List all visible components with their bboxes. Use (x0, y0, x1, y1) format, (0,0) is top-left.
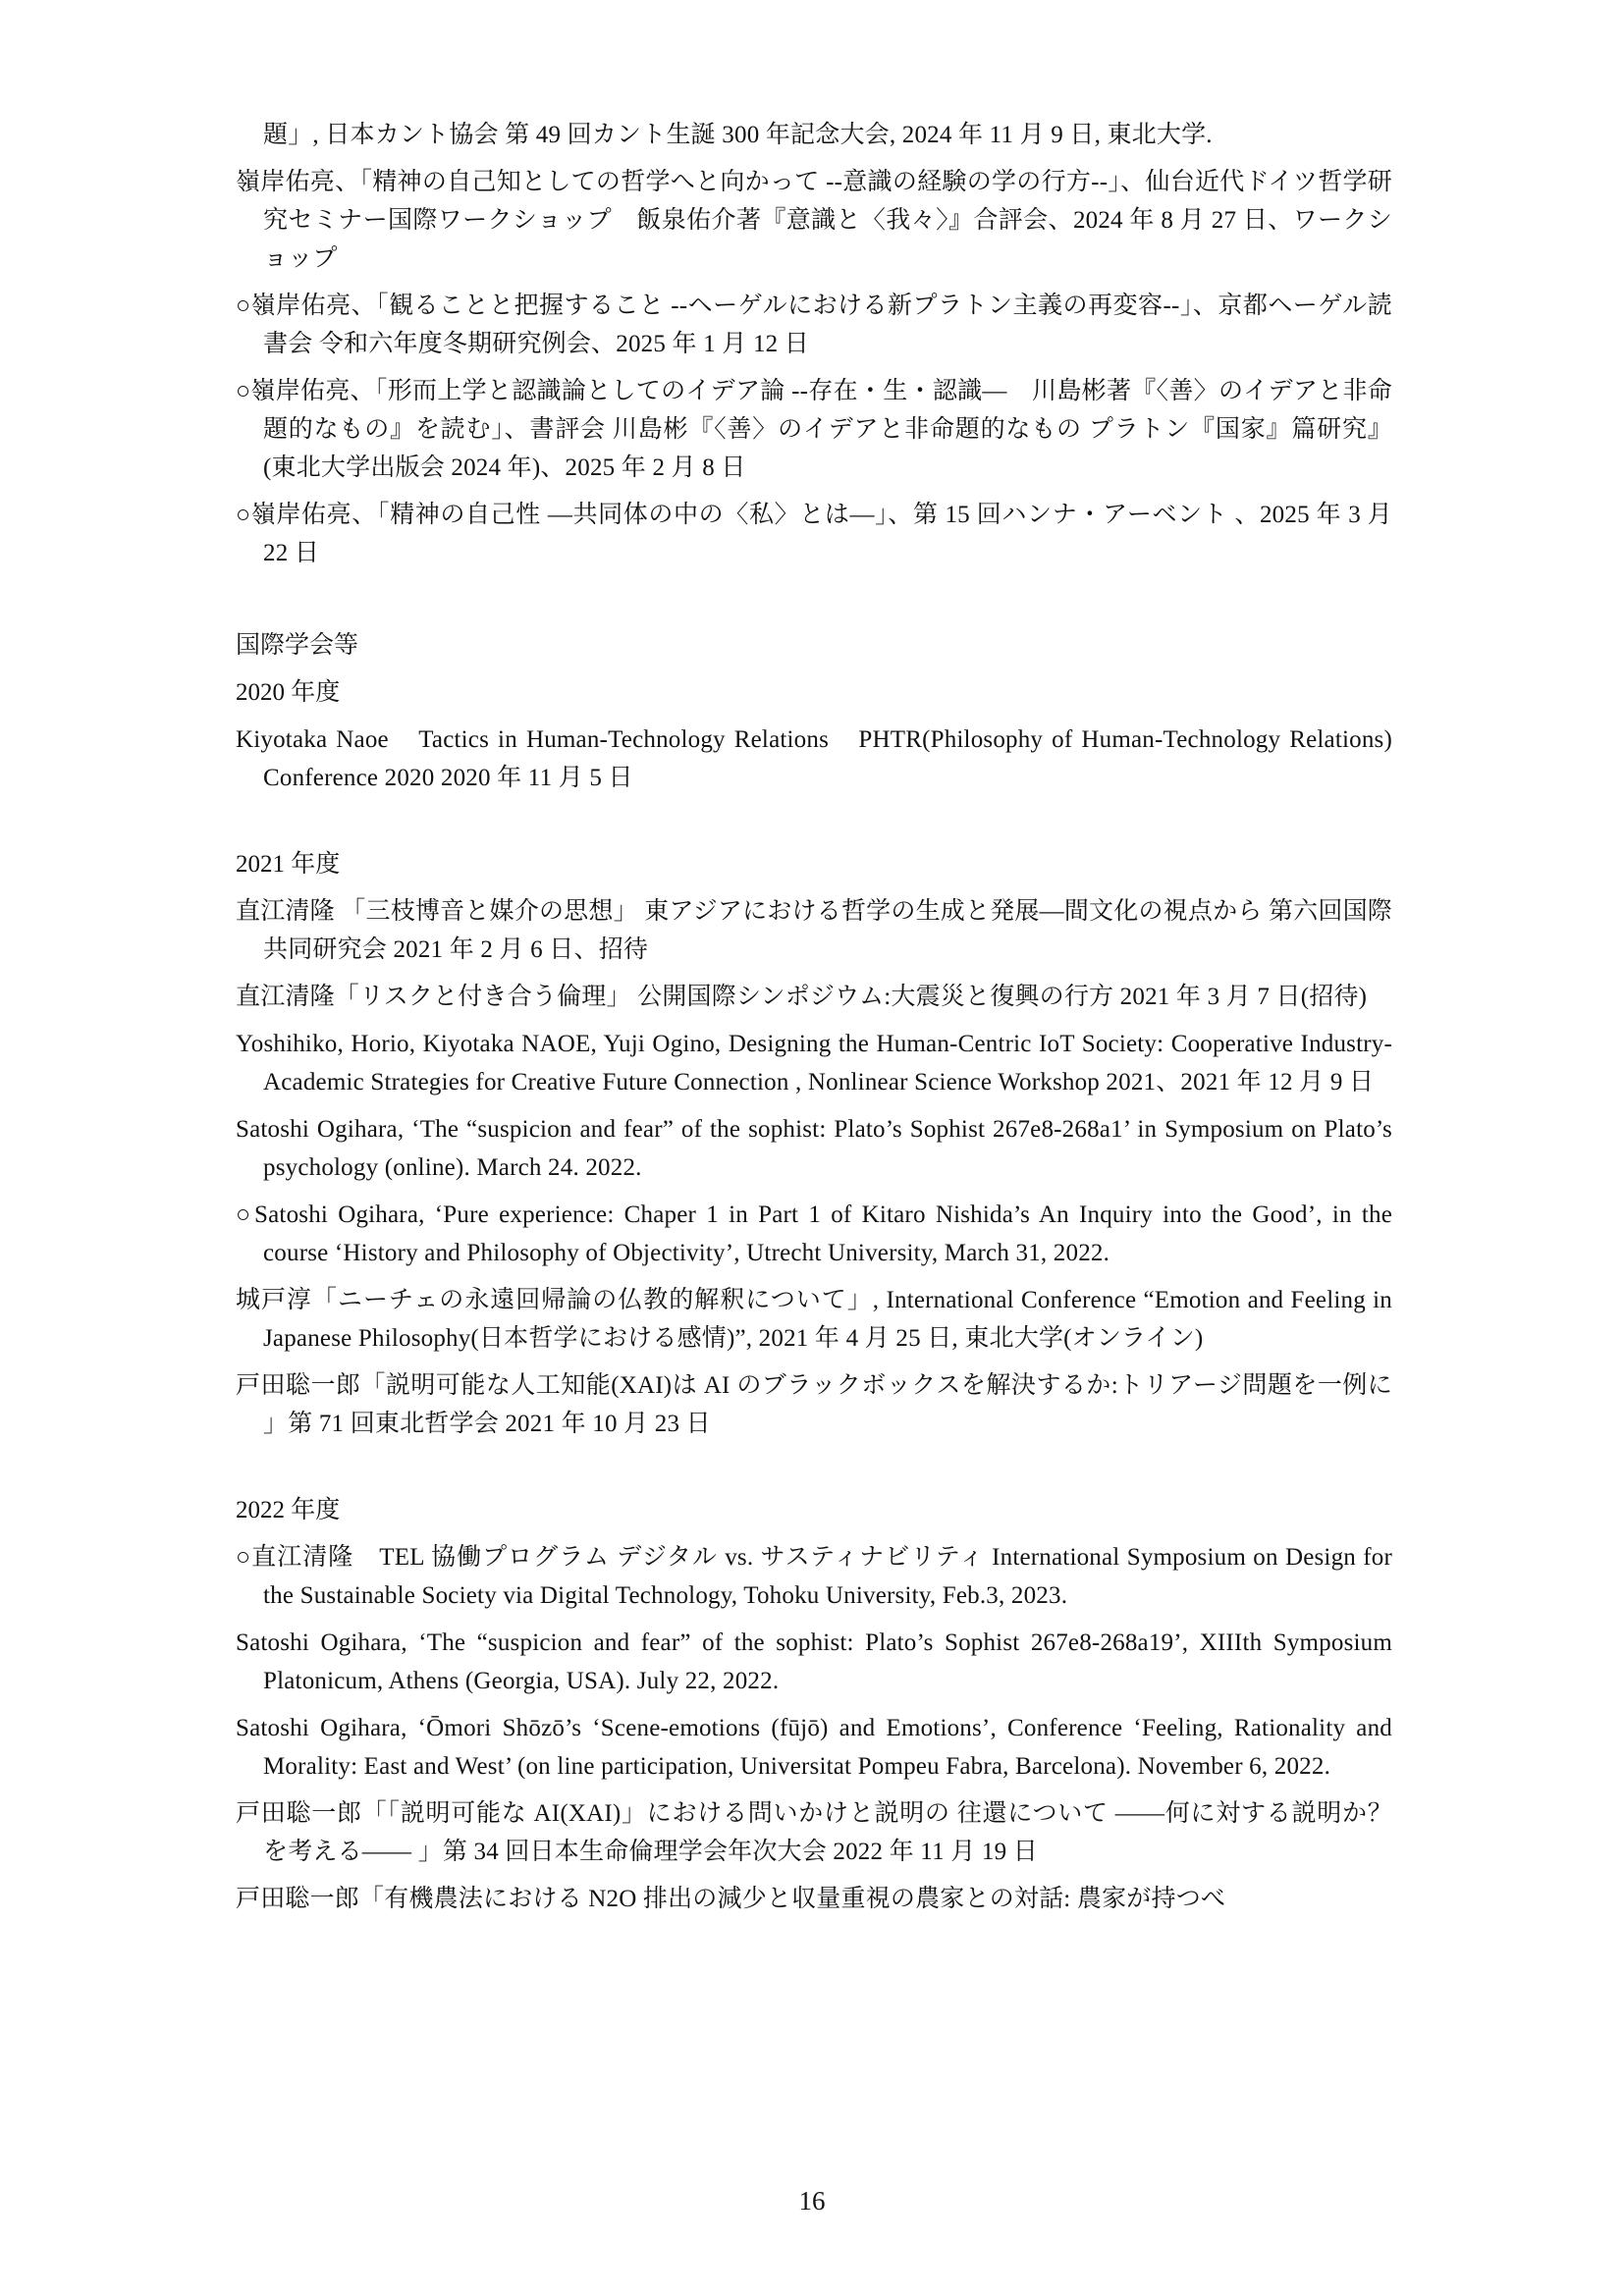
presentation-entry: 嶺岸佑亮、「精神の自己知としての哲学へと向かって --意識の経験の学の行方--」… (236, 163, 1392, 278)
presentation-entry: Yoshihiko, Horio, Kiyotaka NAOE, Yuji Og… (236, 1025, 1392, 1101)
presentation-entry: ○直江清隆 TEL 協働プログラム デジタル vs. サスティナビリティ Int… (236, 1538, 1392, 1615)
section-heading-international: 国際学会等 (236, 626, 1392, 665)
presentation-entry: 城戸淳「ニーチェの永遠回帰論の仏教的解釈について」, International… (236, 1281, 1392, 1358)
presentation-entry: ○嶺岸佑亮、「形而上学と認識論としてのイデア論 --存在・生・認識― 川島彬著『… (236, 372, 1392, 487)
presentation-entry: Satoshi Ogihara, ‘Ōmori Shōzō’s ‘Scene-e… (236, 1709, 1392, 1786)
presentation-entry: 戸田聡一郎「「説明可能な AI(XAI)」における問いかけと説明の 往還について… (236, 1794, 1392, 1871)
presentation-entry: 直江清隆「リスクと付き合う倫理」 公開国際シンポジウム:大震災と復興の行方 20… (236, 978, 1392, 1016)
section-spacer (236, 1452, 1392, 1491)
text-column: 題」, 日本カント協会 第 49 回カント生誕 300 年記念大会, 2024 … (236, 116, 1392, 1927)
page-number: 16 (0, 2185, 1624, 2216)
year-heading-2022: 2022 年度 (236, 1491, 1392, 1529)
presentation-entry: ○嶺岸佑亮、「観ることと把握すること --ヘーゲルにおける新プラトン主義の再変容… (236, 287, 1392, 363)
section-spacer (236, 806, 1392, 845)
presentation-entry: 直江清隆 「三枝博音と媒介の思想」 東アジアにおける哲学の生成と発展―間文化の視… (236, 892, 1392, 969)
presentation-entry: Satoshi Ogihara, ‘The “suspicion and fea… (236, 1110, 1392, 1187)
section-spacer (236, 581, 1392, 626)
presentation-entry: 戸田聡一郎「有機農法における N2O 排出の減少と収量重視の農家との対話: 農家… (236, 1880, 1392, 1918)
presentation-entry: Satoshi Ogihara, ‘The “suspicion and fea… (236, 1624, 1392, 1700)
presentation-entry: ○嶺岸佑亮、「精神の自己性 ―共同体の中の〈私〉とは―」、第 15 回ハンナ・ア… (236, 496, 1392, 572)
continued-entry: 題」, 日本カント協会 第 49 回カント生誕 300 年記念大会, 2024 … (236, 116, 1392, 154)
year-heading-2020: 2020 年度 (236, 673, 1392, 712)
presentation-entry: 戸田聡一郎「説明可能な人工知能(XAI)は AI のブラックボックスを解決するか… (236, 1366, 1392, 1443)
presentation-entry: Kiyotaka Naoe Tactics in Human-Technolog… (236, 721, 1392, 797)
presentation-entry: ○Satoshi Ogihara, ‘Pure experience: Chap… (236, 1196, 1392, 1272)
year-heading-2021: 2021 年度 (236, 845, 1392, 883)
document-page: 題」, 日本カント協会 第 49 回カント生誕 300 年記念大会, 2024 … (0, 0, 1624, 2296)
